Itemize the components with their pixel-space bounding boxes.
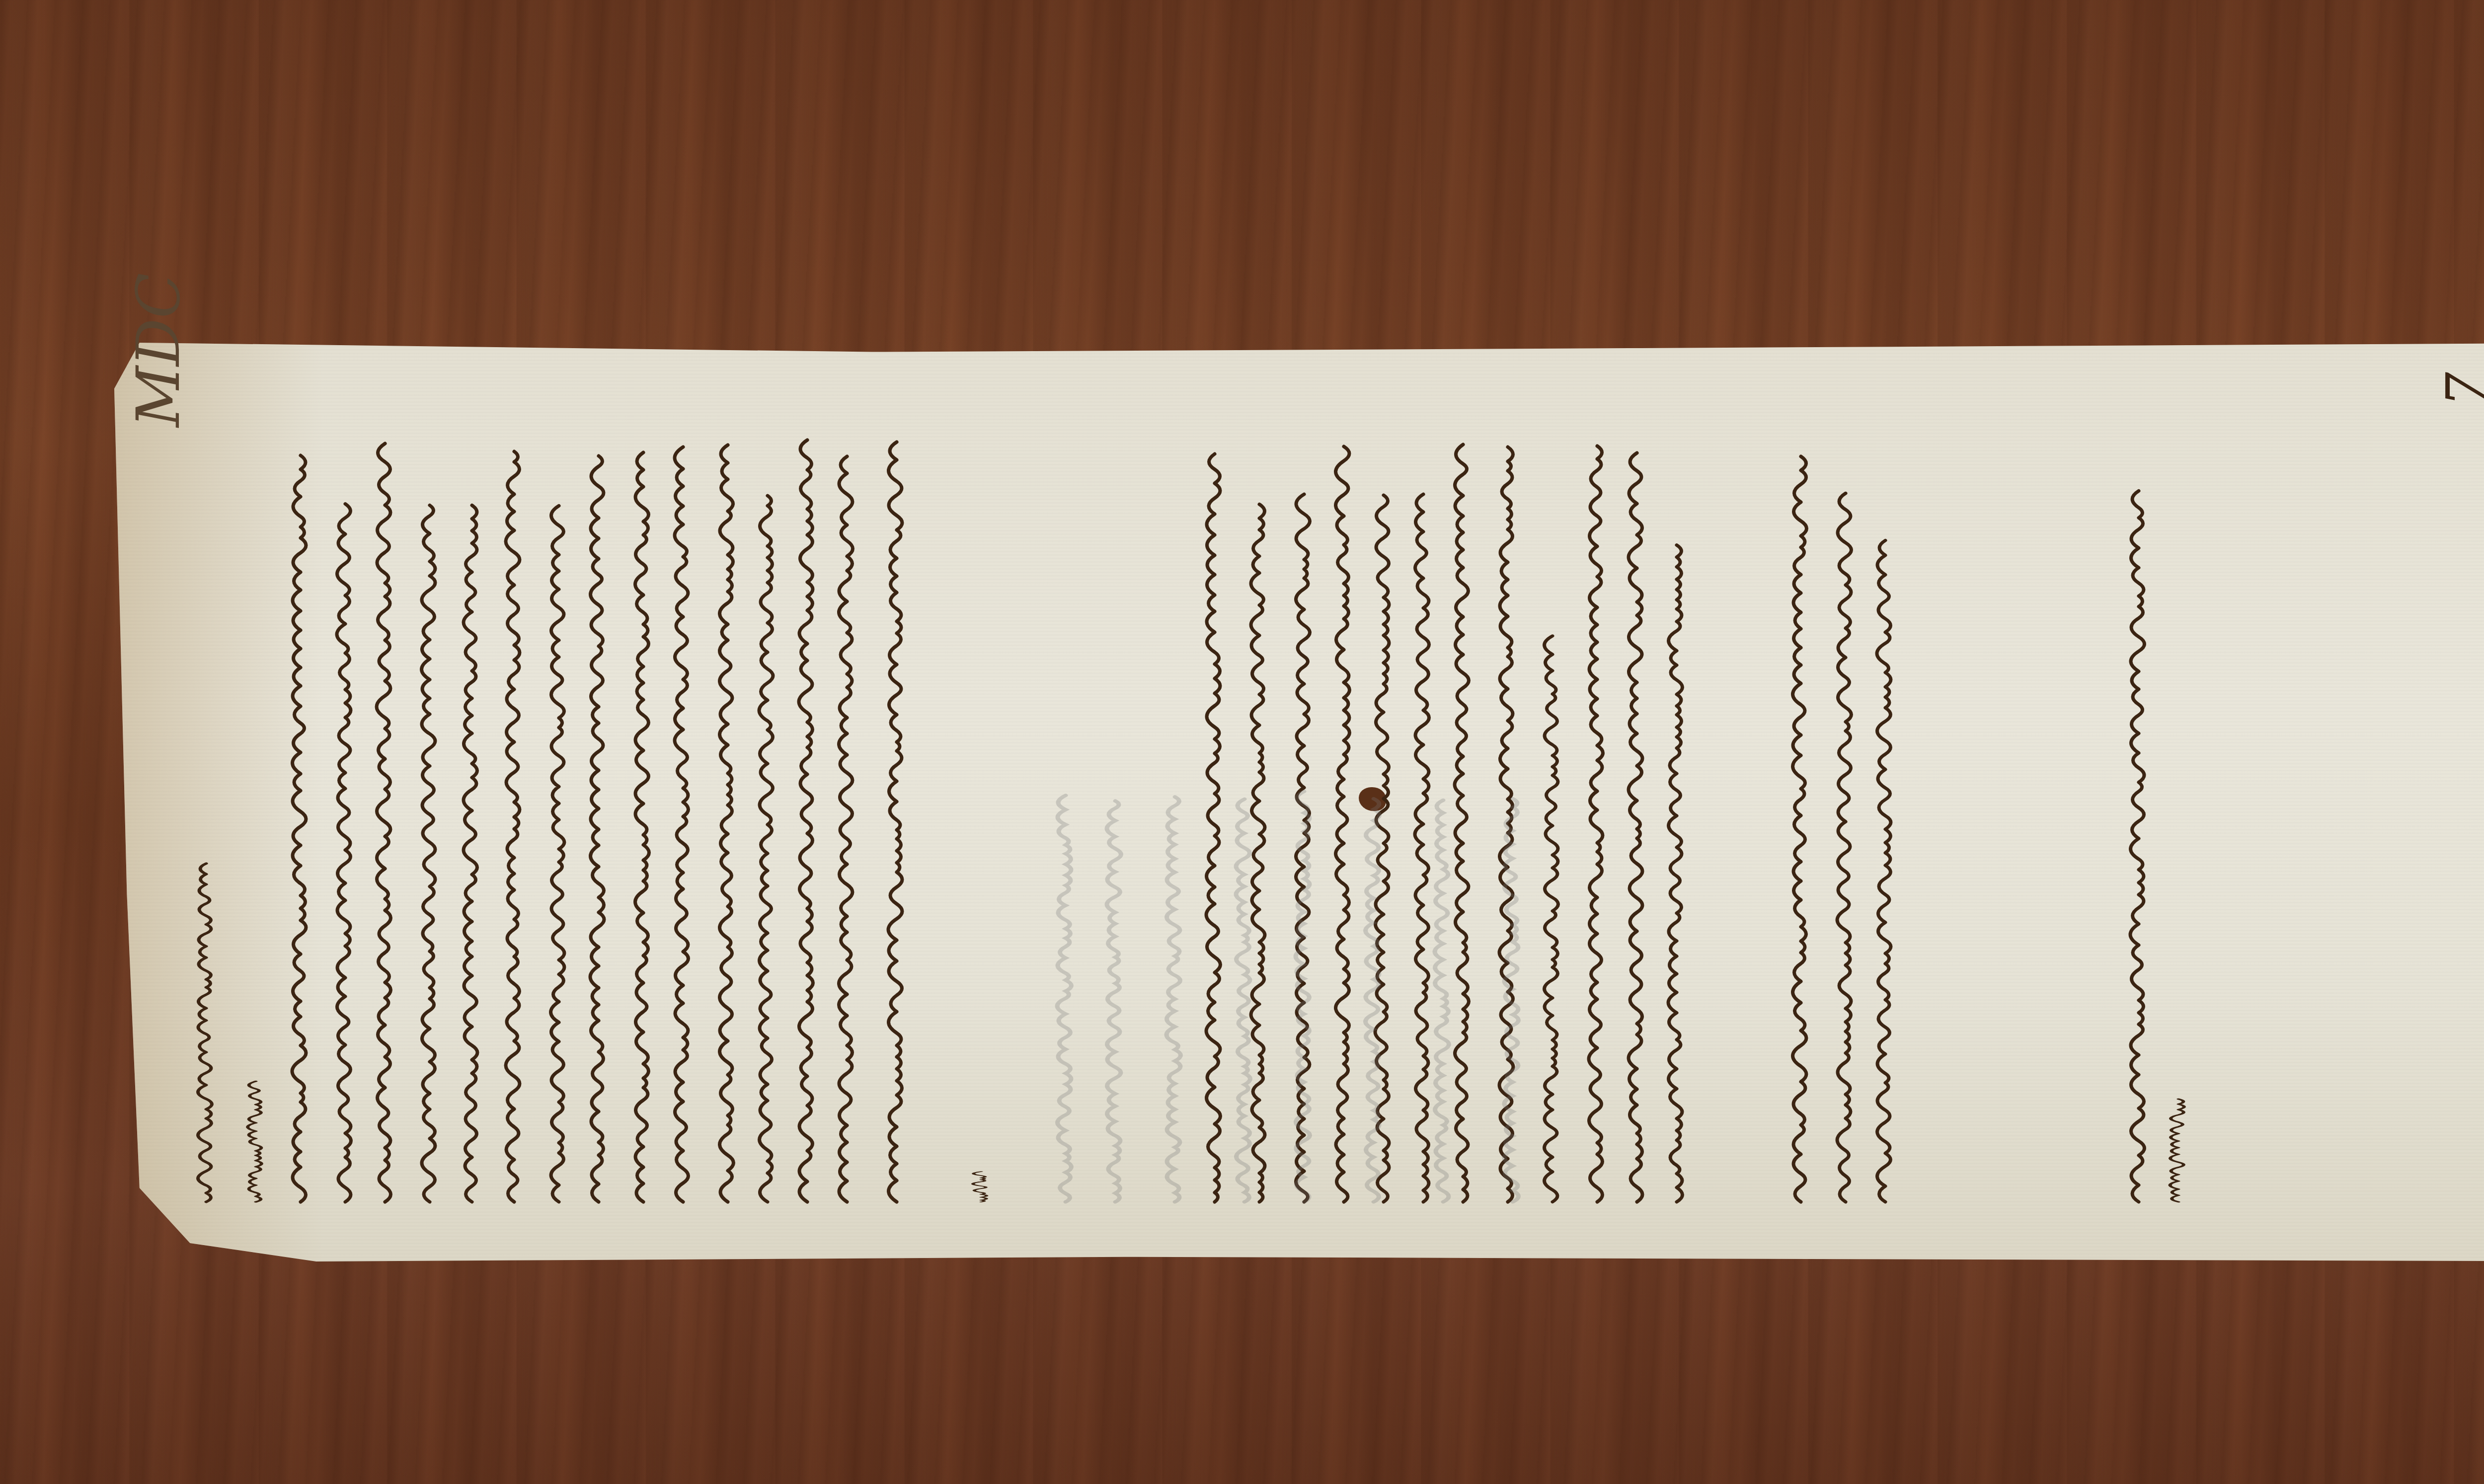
handwritten-line	[184, 705, 229, 1202]
handwritten-line	[537, 482, 581, 1202]
year-mark: MDC	[124, 273, 193, 427]
handwritten-line	[492, 457, 537, 1202]
handwritten-line	[1615, 457, 1659, 1202]
handwritten-line	[705, 457, 750, 1202]
bleed-through-line	[1490, 656, 1535, 1202]
bleed-through-line	[1351, 656, 1396, 1202]
handwritten-line	[874, 457, 919, 1202]
handwritten-line	[2156, 929, 2201, 1202]
handwritten-line	[233, 904, 278, 1202]
bleed-through-line	[1153, 656, 1197, 1202]
handwritten-line	[323, 482, 368, 1202]
page-number: 7	[2435, 372, 2484, 407]
handwritten-line	[278, 457, 323, 1202]
bleed-through-line	[1043, 656, 1088, 1202]
bleed-through-line	[1282, 656, 1326, 1202]
handwritten-line	[959, 1053, 1004, 1202]
handwritten-line	[661, 457, 705, 1202]
handwritten-line	[785, 457, 830, 1202]
handwritten-line	[363, 457, 407, 1202]
handwritten-line	[745, 482, 790, 1202]
bleed-through-line	[1421, 656, 1466, 1202]
handwritten-line	[2116, 482, 2161, 1202]
handwritten-line	[1823, 482, 1868, 1202]
handwritten-line	[1654, 507, 1699, 1202]
bleed-through-line	[1222, 656, 1267, 1202]
handwritten-line	[1779, 457, 1823, 1202]
handwritten-line	[1530, 556, 1575, 1202]
handwritten-line	[576, 457, 621, 1202]
bleed-through-line	[1093, 656, 1138, 1202]
handwritten-line	[450, 482, 494, 1202]
handwritten-line	[407, 482, 452, 1202]
handwritten-line	[1863, 507, 1908, 1202]
handwritten-line	[825, 457, 869, 1202]
handwritten-line	[1575, 457, 1620, 1202]
handwritten-line	[621, 457, 666, 1202]
